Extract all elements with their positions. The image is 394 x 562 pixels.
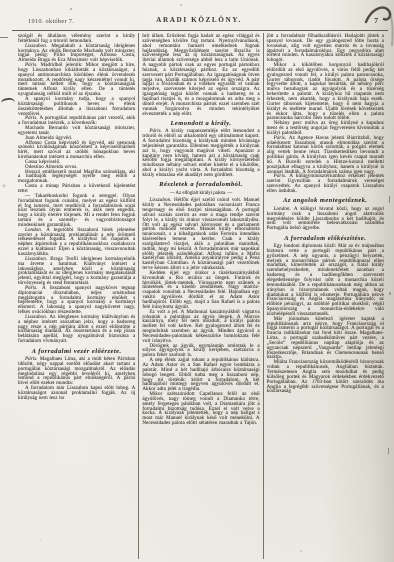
body-paragraph: Dörögtek az ágyúk, egymásután omlottak l… (142, 344, 259, 359)
dateline: Páris. (25, 115, 40, 121)
dateline: Páris. (274, 135, 289, 141)
plus-pencil-mark: + (1, 182, 7, 190)
body-paragraph: Lisszabon. Hétfőn éjjel szelíd csönd vol… (142, 198, 259, 271)
body-paragraph: Páris. Az Agence Havas jelenti Biarritzb… (267, 136, 384, 175)
dateline: Lisszabon. (149, 197, 174, 203)
edge-dash-mark-right-3 (389, 292, 391, 295)
body-paragraph: Miálta Franciaország közreműködéséről bi… (267, 360, 384, 394)
column-area: szolgál és általános vélemény szerint a … (15, 33, 387, 559)
body-paragraph: Lisszabon. Braga Teofil ideiglenes kormá… (18, 257, 135, 286)
body-paragraph: London. A külügyi hivatal közli, hogy az… (267, 207, 384, 231)
header-rule (12, 30, 388, 31)
body-paragraph: A nép élénk zajjal rohant a republikánus… (142, 358, 259, 392)
body-paragraph: Ez volt a jel. A Madonnai kaszárnyákból … (142, 310, 259, 344)
page-header: 1910. október 7. ARADI KÖZLÖNY. 7 (14, 15, 384, 29)
body-paragraph: Kedden éjjel egy órakor a tüzérkaszárnyá… (142, 271, 259, 310)
paper-speck (70, 8, 72, 10)
body-paragraph: Páris. A király csapatszemléje előtt lem… (142, 129, 259, 177)
dateline: Páris. (25, 62, 41, 68)
body-paragraph: Hosszú emlékezetű marad Magliba szónokla… (18, 170, 135, 185)
dateline: Lisszabon. (25, 314, 49, 320)
body-paragraph: London. A legutóbbi lisszaboni hírek jel… (18, 228, 135, 257)
body-paragraph: A spanyol kormány tudja, hogy a spanyol … (18, 97, 135, 116)
paper-speck (180, 4, 182, 6)
dateline: Páris. (149, 128, 165, 134)
edge-dash-mark-left (0, 37, 8, 38)
news-column-1: szolgál és általános vélemény szerint a … (15, 33, 138, 559)
body-paragraph: Mikor szétszóródott Capellanos felől az … (142, 392, 259, 426)
body-paragraph: Mikor a kikötőben horgonyzó hadihajókról… (267, 63, 384, 121)
body-paragraph: Páris. A lisszaboni spanyol nagykövet te… (18, 286, 135, 315)
tilde-ink-mark (1, 97, 16, 105)
body-paragraph: Alfonso Costa képviselő és ügyvéd, aki n… (18, 141, 135, 160)
dateline: Páris. (25, 356, 40, 362)
page-curl-mark (364, 2, 394, 48)
article-headline: A forradalmi vezér előérzete. (18, 348, 135, 355)
article-headline: Az angolok mentegetőznek. (267, 197, 384, 204)
news-column-2: brit állam. Erősíteni fogja hadait az eg… (138, 33, 262, 559)
article-subheadline: — Az elfoglalt királyi palota. — (142, 191, 259, 196)
body-paragraph: A forradalom már Lisszabon kapui előtt l… (18, 386, 135, 401)
body-paragraph: Néhány perc múlva az öreg királyné a kap… (267, 121, 384, 136)
article-headline: Részletek a forradalomból. (142, 181, 259, 188)
dateline: London. (274, 206, 294, 212)
dateline: Páris. (25, 285, 42, 291)
dateline: Lisszabon. (25, 43, 51, 49)
body-paragraph: Páris. A külügyminisztériumhoz érkezett … (267, 174, 384, 193)
body-paragraph: Lisszabon. Megalakult a köztársaság idei… (18, 44, 135, 63)
paper-speck (300, 550, 302, 552)
dateline: London. (25, 227, 46, 233)
edge-dash-mark-right-2 (388, 448, 389, 454)
news-column-3: jött a forradalmár főhadiszállásról. Had… (263, 33, 387, 559)
article-headline: A forradalom előkészítése. (267, 235, 384, 242)
body-paragraph: Páris. Magalhaes Lima, aki a múlt héten … (18, 357, 135, 386)
body-paragraph: Lisszabon. Az ideiglenes kormány kiáltvá… (18, 315, 135, 344)
edge-dash-mark-right-1 (389, 196, 390, 203)
body-paragraph: — Takarékoskodni fogunk a sereggel. Olya… (18, 194, 135, 228)
dateline: Páris. (274, 173, 290, 179)
newspaper-scan-page: 1910. október 7. ARADI KÖZLÖNY. 7 szolgá… (0, 0, 394, 562)
newspaper-title: ARADI KÖZLÖNY. (14, 16, 384, 24)
body-paragraph: Egy londoni diplomata közli: Már az év m… (267, 244, 384, 317)
body-paragraph: Páris. Madridból jelentik: Mikor megjött… (18, 63, 135, 97)
body-paragraph: brit állam. Erősíteni fogja hadait az eg… (142, 34, 259, 116)
article-headline: Lemondott a király. (142, 120, 259, 127)
dateline: Lisszabon. (25, 256, 50, 262)
body-paragraph: Már júniusban kötelező ígéretet kaptak a… (267, 317, 384, 361)
